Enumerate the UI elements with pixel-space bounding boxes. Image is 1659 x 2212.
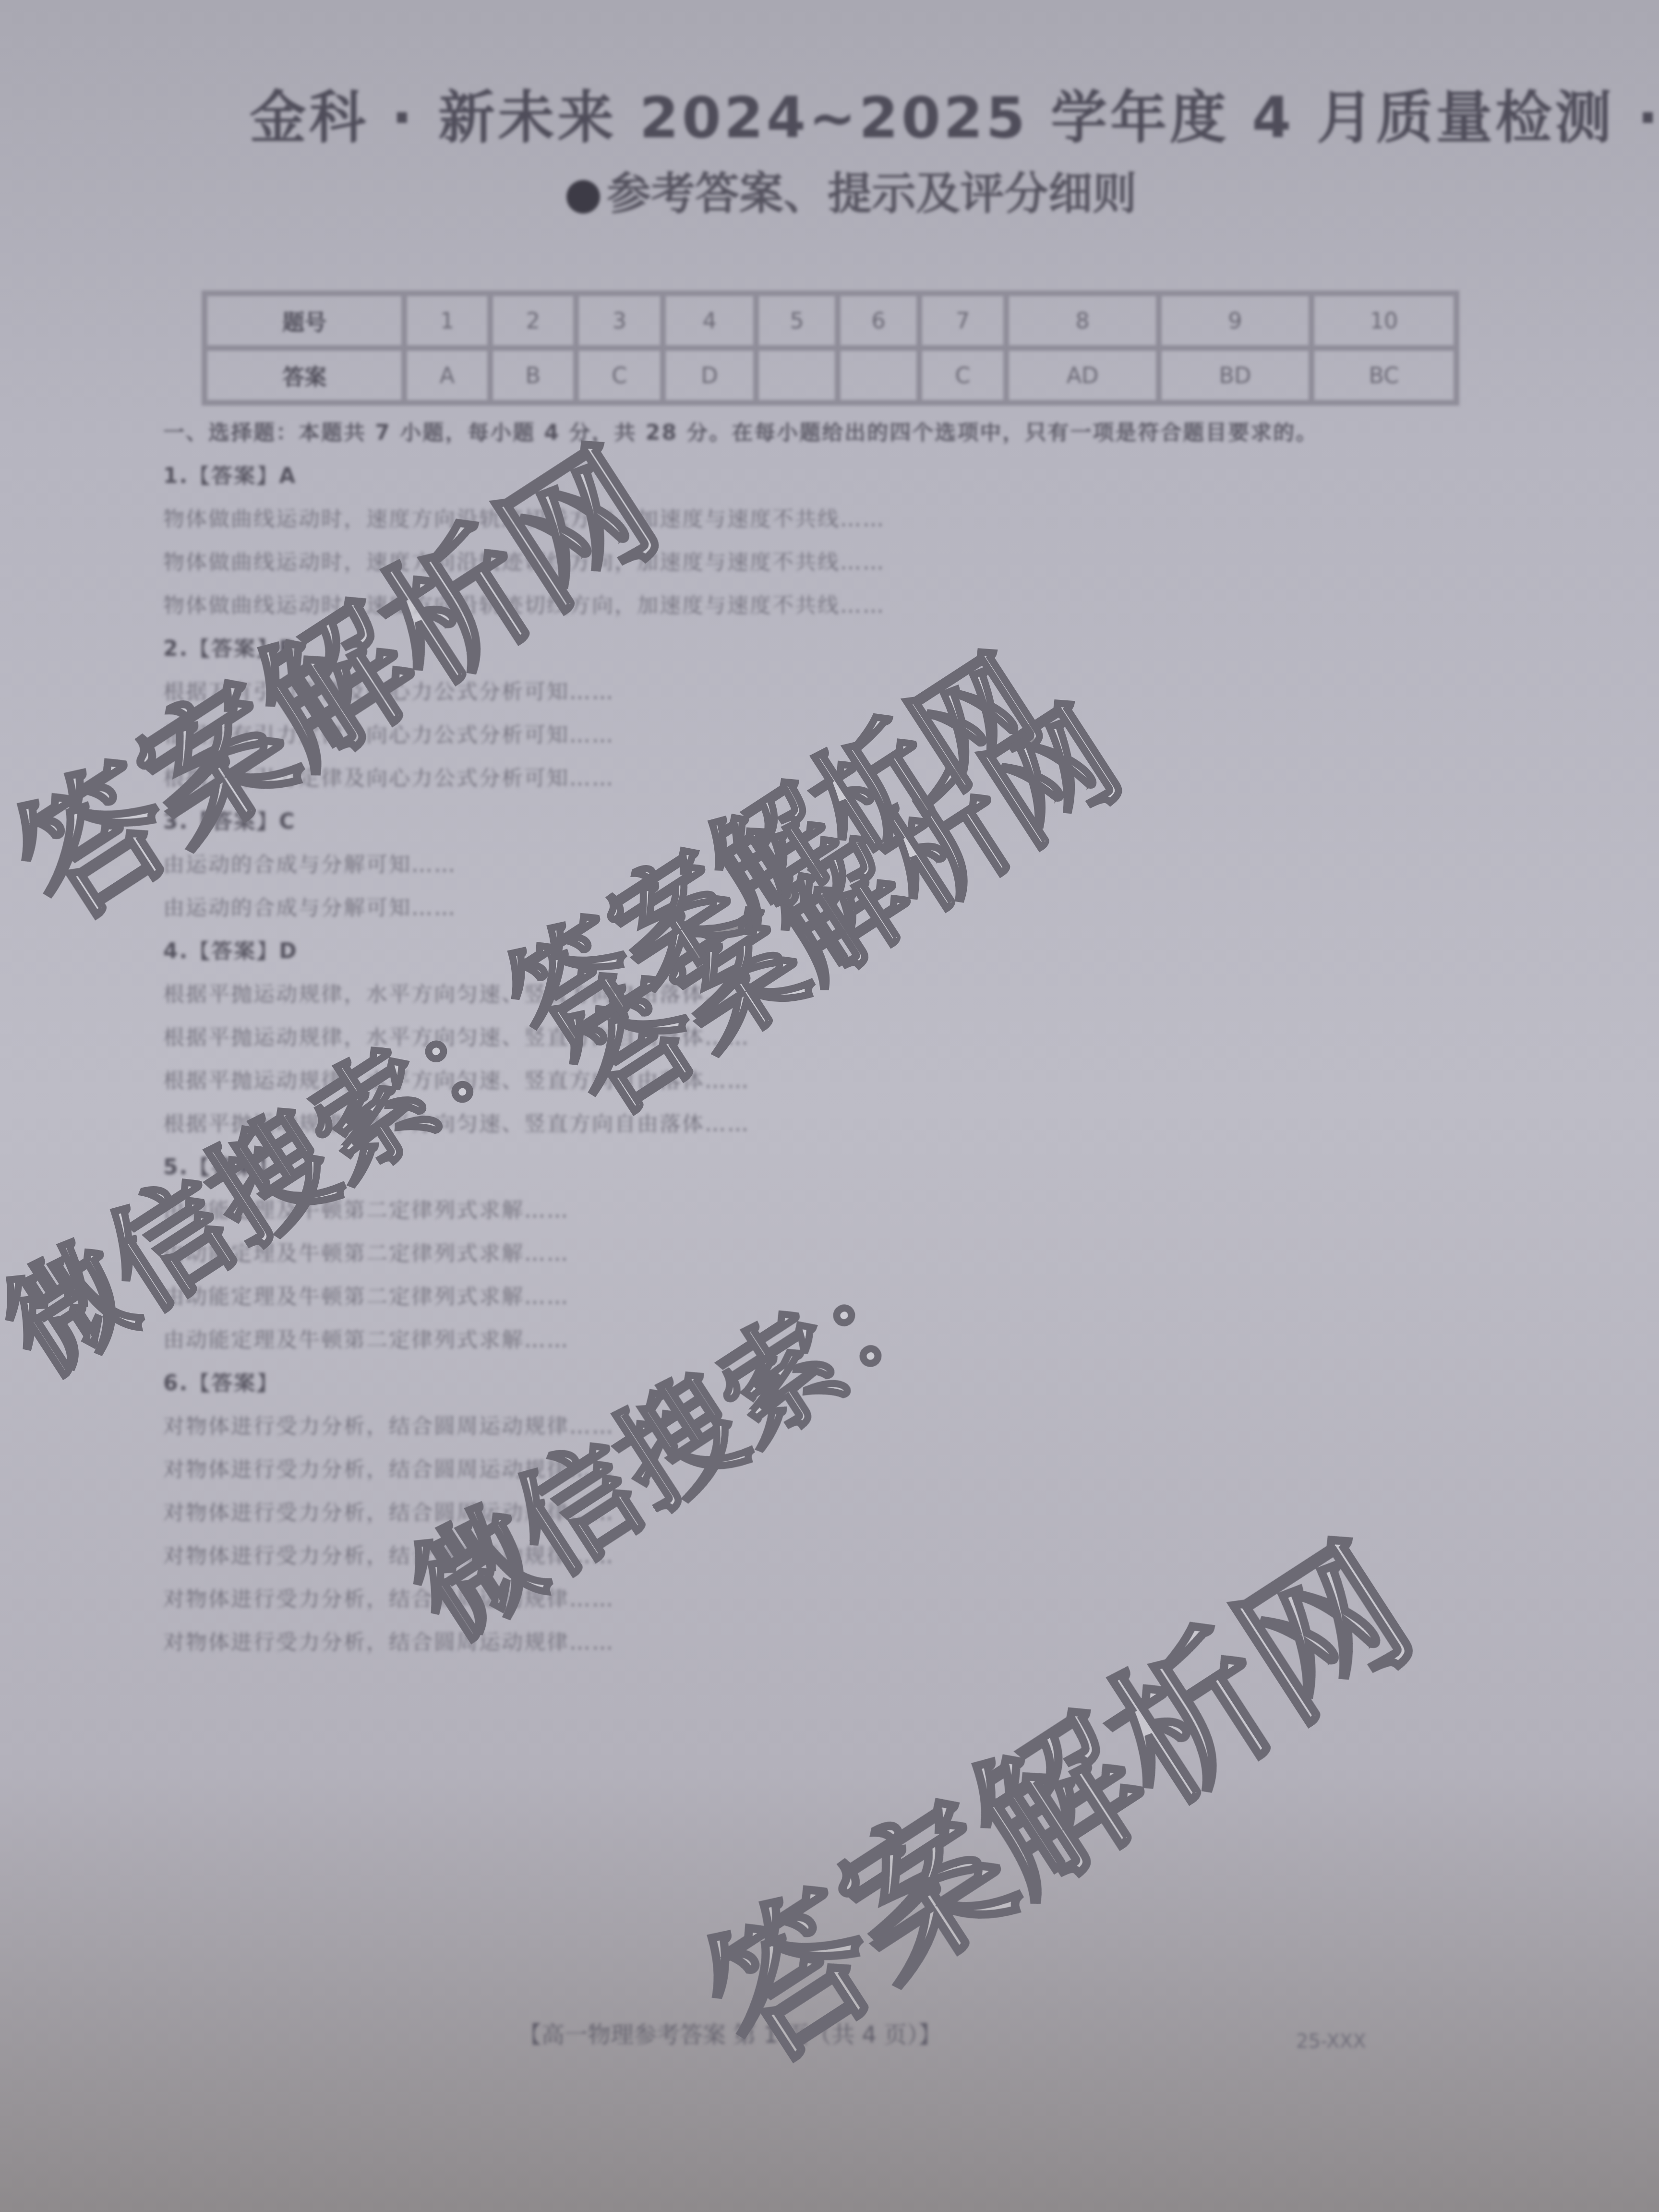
- answer-cell: [756, 348, 838, 403]
- question-cell: 2: [490, 293, 576, 348]
- answer-cell: [838, 348, 919, 403]
- answer-cell: C: [919, 348, 1006, 403]
- bullet-icon: [566, 180, 600, 214]
- question-cell: 6: [838, 293, 919, 348]
- question-number-row: 题号 1 2 3 4 5 6 7 8 9 10: [204, 293, 1456, 348]
- question-cell: 1: [404, 293, 490, 348]
- document-title: 金科 · 新未来 2024~2025 学年度 4 月质量检测 · 高一物理: [250, 72, 1659, 154]
- answer-cell: BD: [1159, 348, 1311, 403]
- question-cell: 10: [1311, 293, 1456, 348]
- answer-table: 题号 1 2 3 4 5 6 7 8 9 10 答案 A B C D C AD …: [202, 290, 1459, 406]
- question-cell: 3: [576, 293, 663, 348]
- answer-row-label: 答案: [204, 348, 404, 403]
- item-text: 对物体进行受力分析，结合圆周运动规律……: [163, 1459, 1488, 1480]
- section-heading: 一、选择题：本题共 7 小题，每小题 4 分，共 28 分。在每小题给出的四个选…: [163, 422, 1488, 444]
- answer-cell: A: [404, 348, 490, 403]
- answer-row: 答案 A B C D C AD BD BC: [204, 348, 1456, 403]
- answer-cell: D: [663, 348, 756, 403]
- answer-cell: BC: [1311, 348, 1456, 403]
- header-row-label: 题号: [204, 293, 404, 348]
- question-cell: 9: [1159, 293, 1311, 348]
- question-cell: 7: [919, 293, 1006, 348]
- page-code: 25-XXX: [1296, 2031, 1366, 2053]
- question-cell: 8: [1006, 293, 1159, 348]
- item-label: 1.【答案】A: [163, 466, 1488, 487]
- question-cell: 4: [663, 293, 756, 348]
- answer-cell: C: [576, 348, 663, 403]
- answer-cell: B: [490, 348, 576, 403]
- question-cell: 5: [756, 293, 838, 348]
- subtitle-text: 参考答案、提示及评分细则: [607, 168, 1137, 219]
- document-subtitle: 参考答案、提示及评分细则: [566, 158, 1137, 222]
- item-text: 物体做曲线运动时，速度方向沿轨迹切线方向，加速度与速度不共线……: [163, 509, 1488, 530]
- answer-cell: AD: [1006, 348, 1159, 403]
